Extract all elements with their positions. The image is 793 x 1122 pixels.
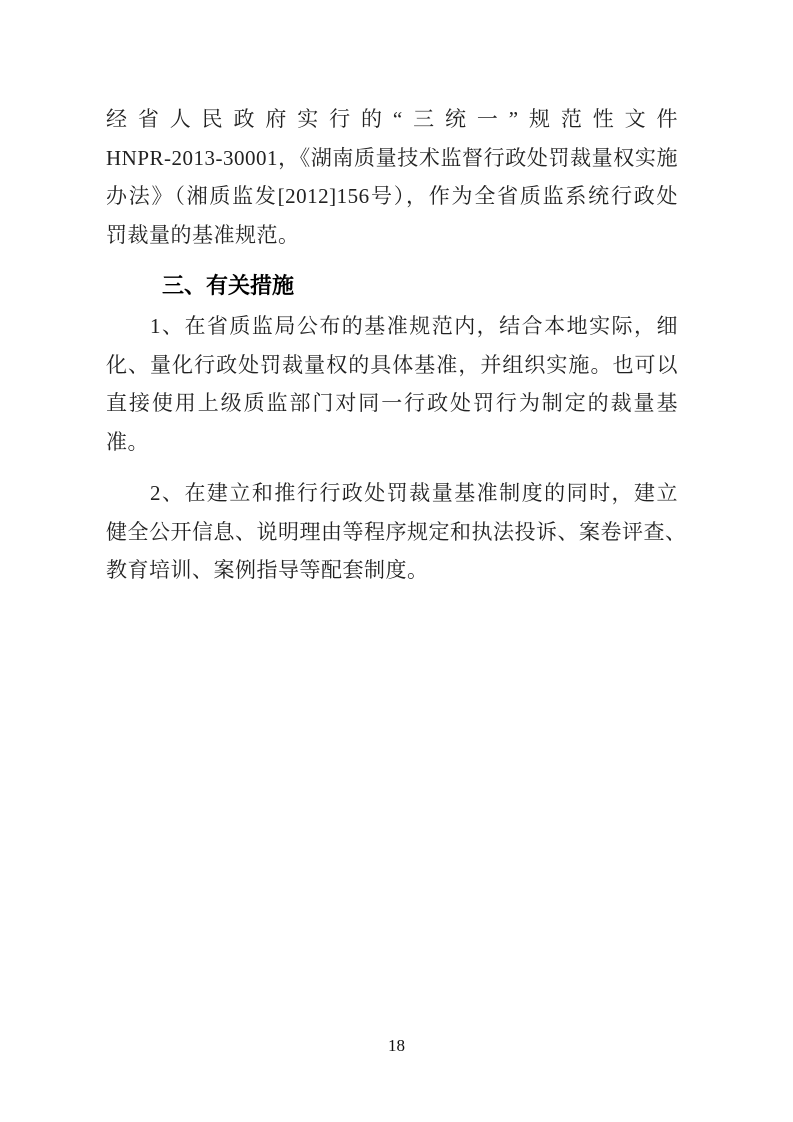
text-line: 经省人民政府实行的“三统一”规范性文件 [106,100,678,139]
text-line: HNPR-2013-30001，《湖南质量技术监督行政处罚裁量权实施 [106,139,678,178]
text-line: 2、在建立和推行行政处罚裁量基准制度的同时，建立 [106,474,678,513]
paragraph-continuation: 经省人民政府实行的“三统一”规范性文件 HNPR-2013-30001，《湖南质… [106,100,678,254]
section-heading: 三、有关措施 [106,267,678,306]
text-line: 直接使用上级质监部门对同一行政处罚行为制定的裁量基 [106,384,678,423]
text-line: 罚裁量的基准规范。 [106,216,678,255]
text-line: 教育培训、案例指导等配套制度。 [106,551,678,590]
paragraph-1: 1、在省质监局公布的基准规范内，结合本地实际，细 化、量化行政处罚裁量权的具体基… [106,307,678,461]
text-line: 准。 [106,423,678,462]
paragraph-2: 2、在建立和推行行政处罚裁量基准制度的同时，建立 健全公开信息、说明理由等程序规… [106,474,678,590]
document-page: 经省人民政府实行的“三统一”规范性文件 HNPR-2013-30001，《湖南质… [0,0,793,1122]
text-line: 健全公开信息、说明理由等程序规定和执法投诉、案卷评查、 [106,513,678,552]
text-line: 办法》（湘质监发[2012]156号），作为全省质监系统行政处 [106,177,678,216]
text-line: 化、量化行政处罚裁量权的具体基准，并组织实施。也可以 [106,346,678,385]
page-number: 18 [0,1036,793,1056]
text-line: 1、在省质监局公布的基准规范内，结合本地实际，细 [106,307,678,346]
